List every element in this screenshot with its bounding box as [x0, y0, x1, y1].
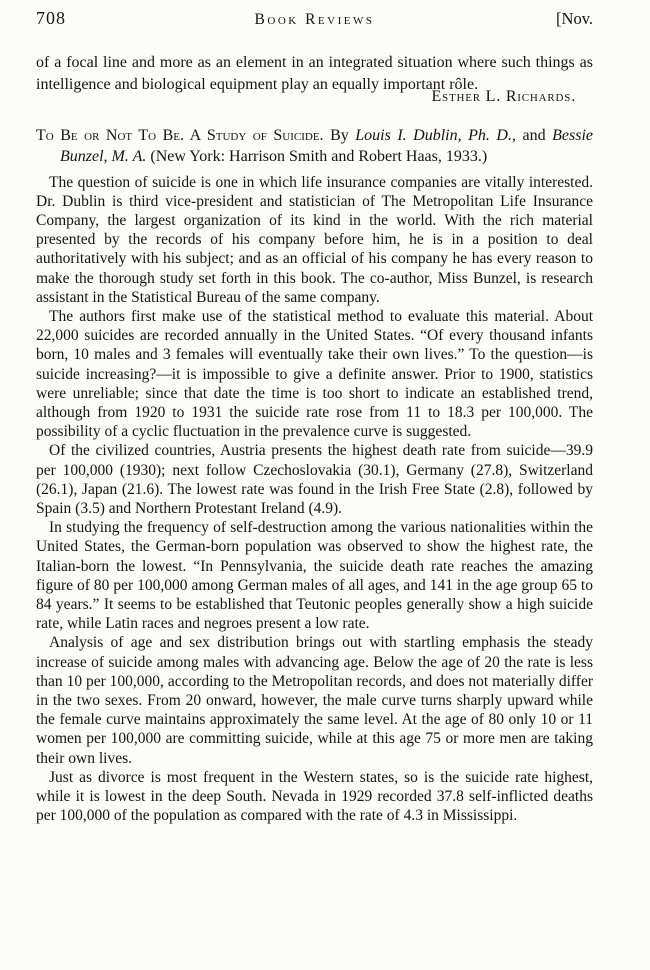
review-heading: To Be or Not To Be. A Study of Suicide. … — [36, 125, 593, 168]
review-paragraph: Analysis of age and sex distribution bri… — [36, 633, 593, 767]
book-review: To Be or Not To Be. A Study of Suicide. … — [36, 125, 593, 826]
page-number: 708 — [36, 8, 66, 29]
review-paragraph: Of the civilized countries, Austria pres… — [36, 441, 593, 518]
issue-month-label: [Nov. — [556, 9, 593, 29]
running-title: Book Reviews — [255, 11, 375, 29]
byline-connector: , and — [512, 127, 552, 144]
author-1: Louis I. Dublin, Ph. D. — [355, 127, 512, 144]
review-body: The question of suicide is one in which … — [36, 173, 593, 826]
running-head: 708 Book Reviews [Nov. — [36, 8, 593, 29]
review-paragraph: The authors first make use of the statis… — [36, 307, 593, 441]
review-paragraph: Just as divorce is most frequent in the … — [36, 768, 593, 826]
book-title: To Be or Not To Be. A Study of Suicide. — [36, 127, 324, 144]
review-paragraph: In studying the frequency of self-destru… — [36, 518, 593, 633]
journal-page: 708 Book Reviews [Nov. of a focal line a… — [0, 0, 650, 970]
byline-by: By — [324, 127, 356, 144]
review-paragraph: The question of suicide is one in which … — [36, 173, 593, 307]
previous-review-ending: of a focal line and more as an element i… — [36, 52, 593, 108]
imprint: (New York: Harrison Smith and Robert Haa… — [146, 148, 487, 165]
